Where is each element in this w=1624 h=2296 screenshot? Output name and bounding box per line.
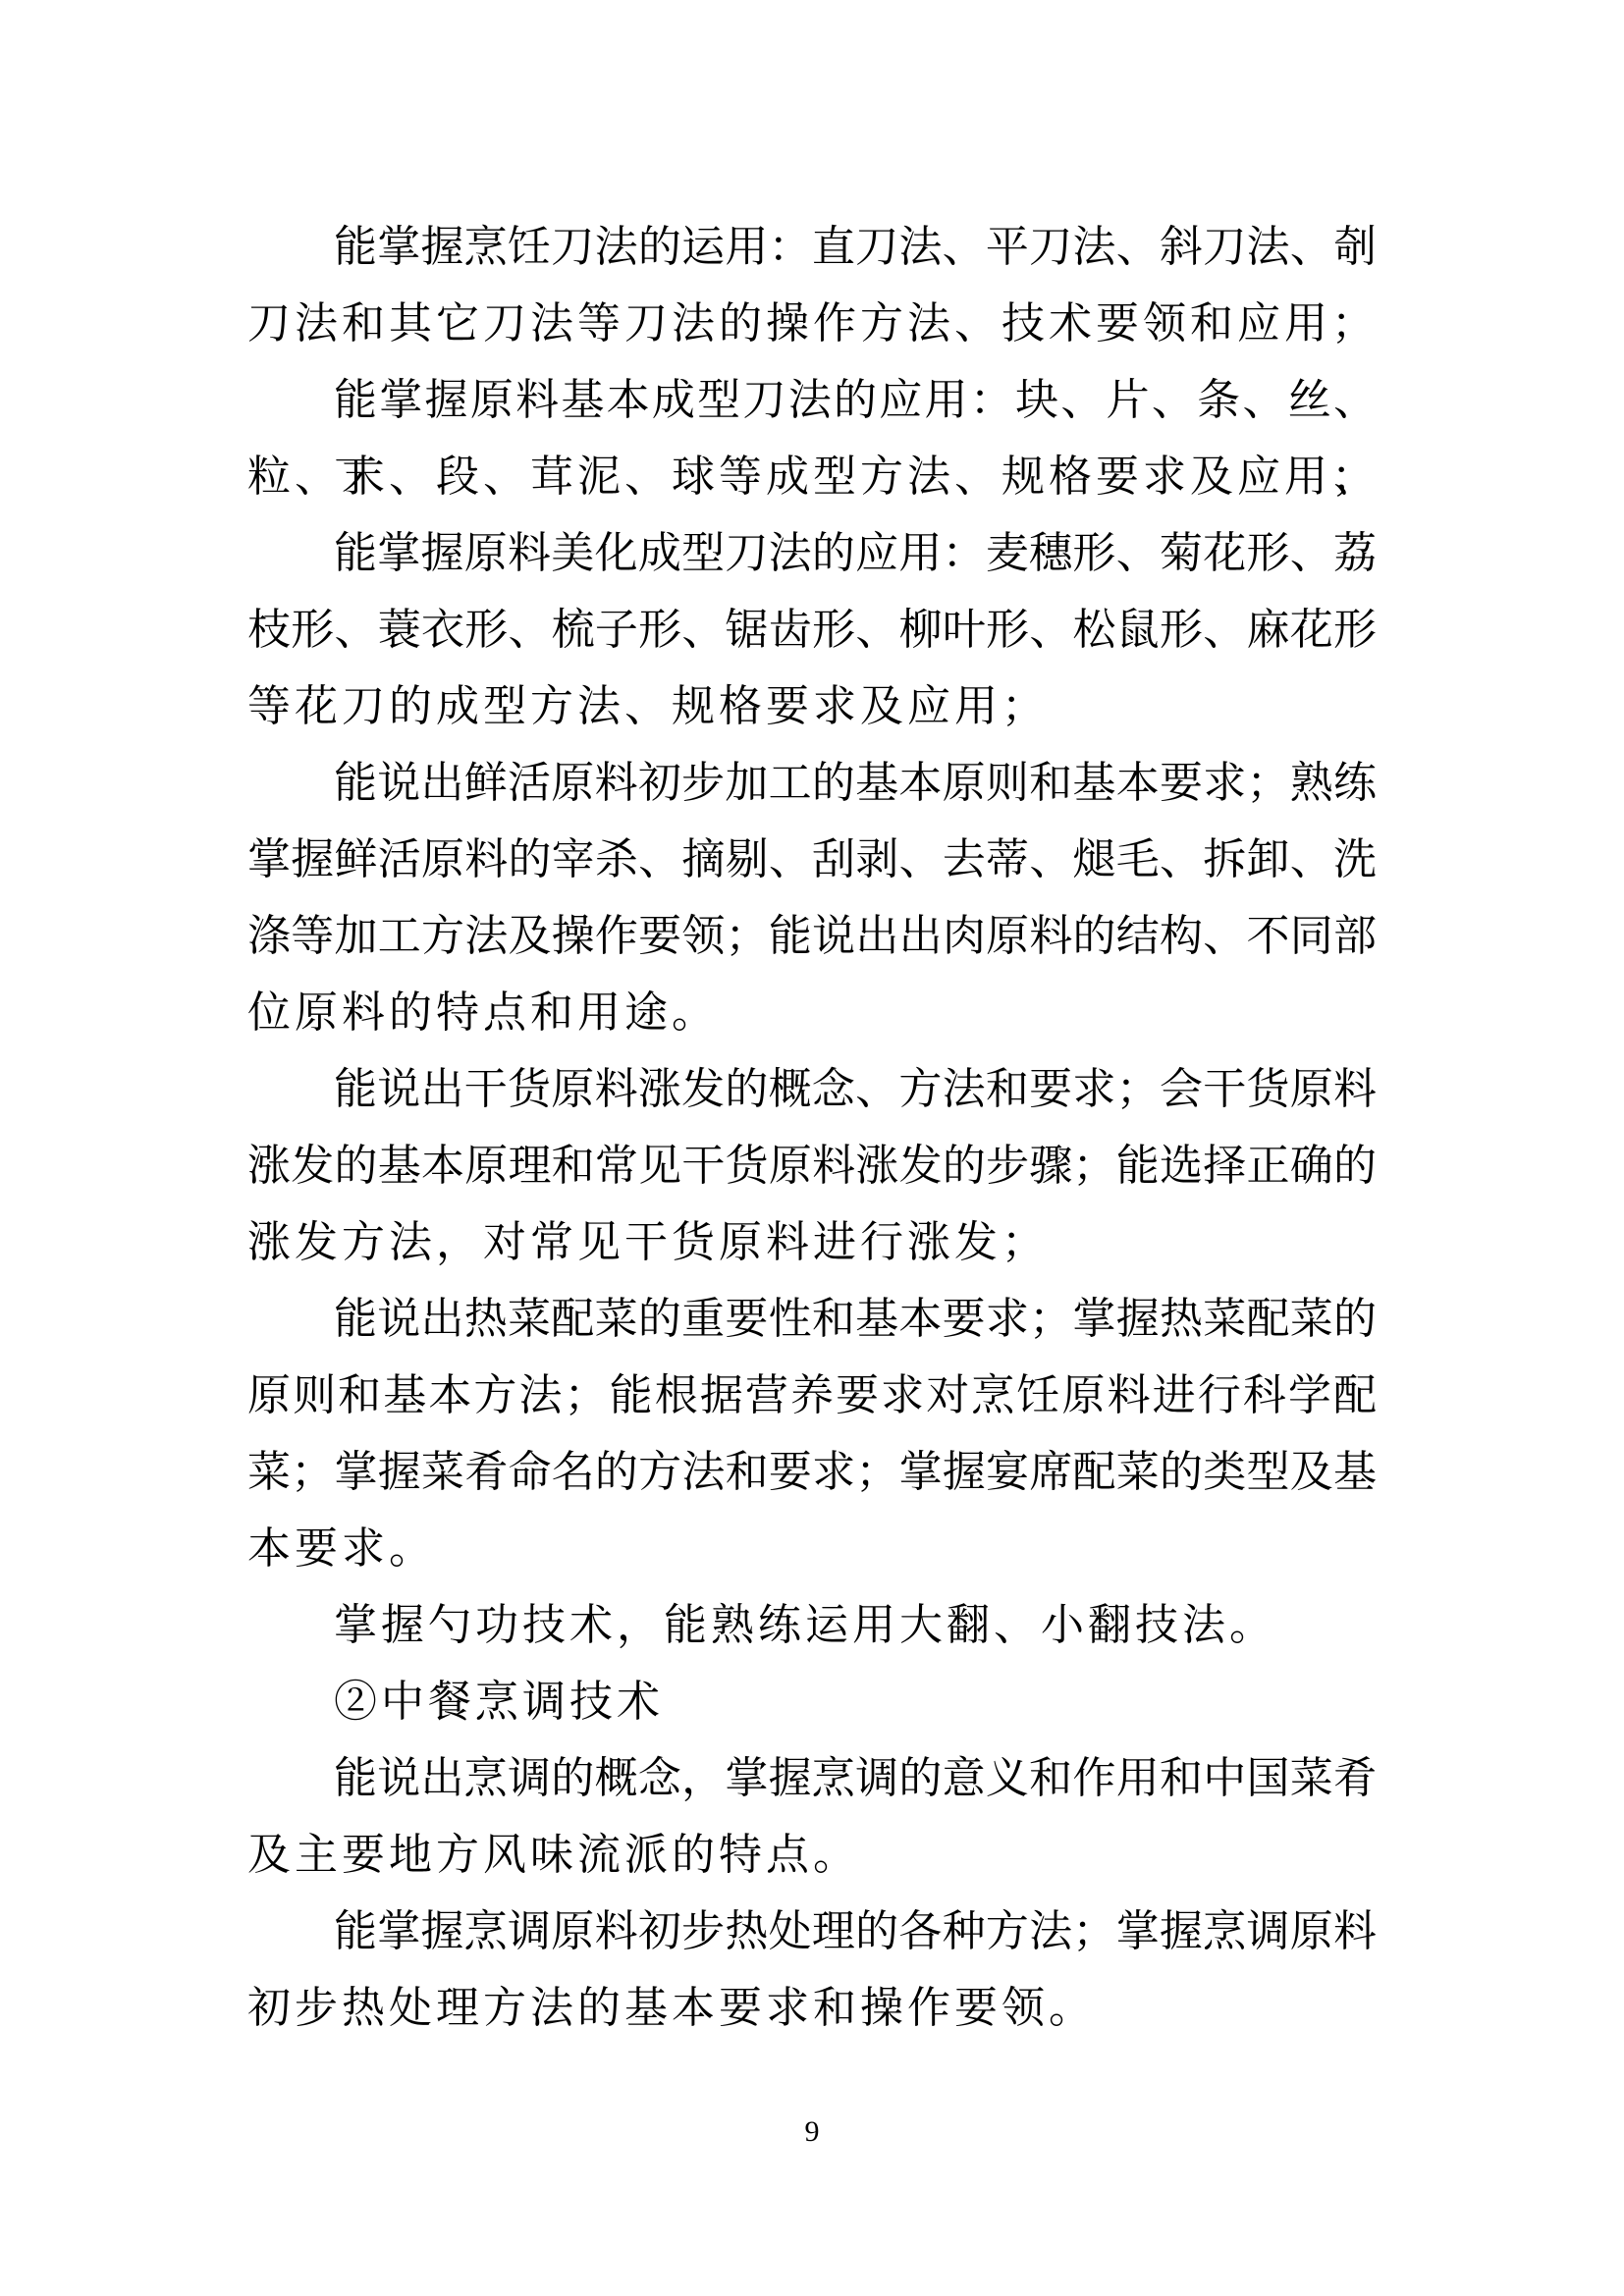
text-line: 能掌握烹调原料初步热处理的各种方法；掌握烹调原料 bbox=[247, 1894, 1377, 1970]
text-line: 及主要地方风味流派的特点。 bbox=[247, 1817, 1377, 1894]
text-line: 等花刀的成型方法、规格要求及应用； bbox=[247, 668, 1377, 745]
text-line: 能说出烹调的概念，掌握烹调的意义和作用和中国菜肴 bbox=[247, 1740, 1377, 1817]
text-line: 能说出热菜配菜的重要性和基本要求；掌握热菜配菜的 bbox=[247, 1281, 1377, 1358]
text-line: 枝形、蓑衣形、梳子形、锯齿形、柳叶形、松鼠形、麻花形 bbox=[247, 592, 1377, 668]
text-line: 涤等加工方法及操作要领；能说出出肉原料的结构、不同部 bbox=[247, 898, 1377, 975]
page-number: 9 bbox=[0, 2112, 1624, 2152]
text-line: 菜；掌握菜肴命名的方法和要求；掌握宴席配菜的类型及基 bbox=[247, 1434, 1377, 1511]
text-line: 原则和基本方法；能根据营养要求对烹饪原料进行科学配 bbox=[247, 1358, 1377, 1434]
text-line: 掌握勺功技术，能熟练运用大翻、小翻技法。 bbox=[247, 1587, 1377, 1664]
text-line: 能掌握烹饪刀法的运用：直刀法、平刀法、斜刀法、剞 bbox=[247, 209, 1377, 286]
text-line: 本要求。 bbox=[247, 1511, 1377, 1587]
text-line: 能掌握原料基本成型刀法的应用：块、片、条、丝、丁、 bbox=[247, 362, 1377, 439]
document-page: 能掌握烹饪刀法的运用：直刀法、平刀法、斜刀法、剞 刀法和其它刀法等刀法的操作方法… bbox=[0, 0, 1624, 2296]
text-line: 涨发的基本原理和常见干货原料涨发的步骤；能选择正确的 bbox=[247, 1128, 1377, 1204]
text-line: 能掌握原料美化成型刀法的应用：麦穗形、菊花形、荔 bbox=[247, 515, 1377, 592]
text-line: 位原料的特点和用途。 bbox=[247, 975, 1377, 1051]
document-body: 能掌握烹饪刀法的运用：直刀法、平刀法、斜刀法、剞 刀法和其它刀法等刀法的操作方法… bbox=[247, 209, 1377, 2047]
text-line: 刀法和其它刀法等刀法的操作方法、技术要领和应用； bbox=[247, 286, 1377, 362]
text-line-section-heading: ②中餐烹调技术 bbox=[247, 1664, 1377, 1740]
text-line: 能说出干货原料涨发的概念、方法和要求；会干货原料 bbox=[247, 1051, 1377, 1128]
text-line: 涨发方法，对常见干货原料进行涨发； bbox=[247, 1204, 1377, 1281]
text-line: 掌握鲜活原料的宰杀、摘剔、刮剥、去蒂、煺毛、拆卸、洗 bbox=[247, 822, 1377, 898]
text-line: 粒、末、段、茸泥、球等成型方法、规格要求及应用； bbox=[247, 439, 1377, 515]
text-line: 能说出鲜活原料初步加工的基本原则和基本要求；熟练 bbox=[247, 745, 1377, 822]
text-line: 初步热处理方法的基本要求和操作要领。 bbox=[247, 1970, 1377, 2047]
